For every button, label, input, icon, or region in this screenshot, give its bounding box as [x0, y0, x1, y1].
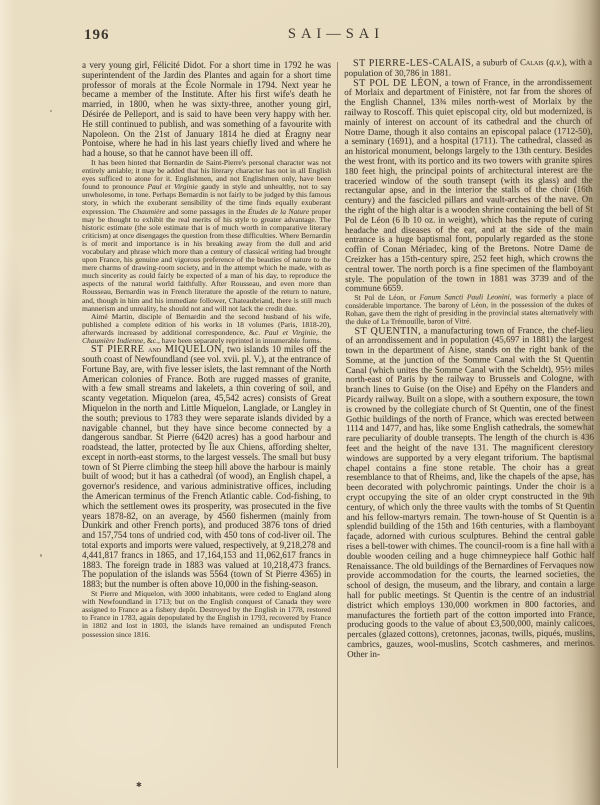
paragraph: St Pierre and Miquelon, with 3000 inhabi… [82, 590, 331, 639]
scanned-encyclopedia-page: { "colors": { "paper": "#e9ddc2", "ink":… [0, 0, 600, 805]
column-divider-rule [337, 62, 338, 768]
text-run: Calais [520, 58, 544, 67]
running-header-title: SAI—SAI [288, 26, 384, 43]
paragraph: a very young girl, Félicité Didot. For a… [82, 61, 331, 159]
paragraph: St Pol de Léon, or Fanum Sancti Pauli Le… [345, 293, 593, 327]
paragraph: ST PIERRE-LÈS-CALAIS, a suburb of Calais… [344, 58, 592, 79]
text-run: St Pierre and Miquelon, with 3000 inhabi… [82, 589, 331, 638]
paragraph: ST QUENTIN, a manufacturing town of Fran… [345, 325, 595, 659]
paper-speck [50, 110, 52, 112]
text-run: , a suburb of [471, 58, 520, 68]
page-number: 196 [84, 27, 110, 44]
paragraph: Aimé Martin, disciple of Bernardin and t… [82, 313, 331, 345]
text-run: q.v. [549, 58, 561, 67]
text-run: , a manufacturing town of France, the ch… [345, 324, 595, 659]
paragraph: ST POL DE LÉON, a town of France, in the… [344, 77, 593, 294]
text-run: a very young girl, Félicité Didot. For a… [82, 61, 331, 158]
paper-speck [40, 554, 42, 557]
text-run: and [148, 344, 161, 354]
printer-signature-mark: ✱ [136, 781, 142, 789]
right-column: ST PIERRE-LÈS-CALAIS, a suburb of Calais… [344, 58, 596, 775]
text-run: proper may be thought to exhibit the rea… [82, 207, 331, 313]
paragraph: It has been hinted that Bernardin de Sai… [82, 159, 331, 313]
text-run: , a town of France, in the arrondissemen… [344, 76, 593, 293]
left-column: a very young girl, Félicité Didot. For a… [82, 61, 331, 775]
paragraph: ST PIERRE and MIQUELON, two islands 10 m… [82, 345, 331, 590]
paper-stain [0, 240, 26, 430]
text-run: , two islands 10 miles off the south coa… [82, 344, 331, 589]
